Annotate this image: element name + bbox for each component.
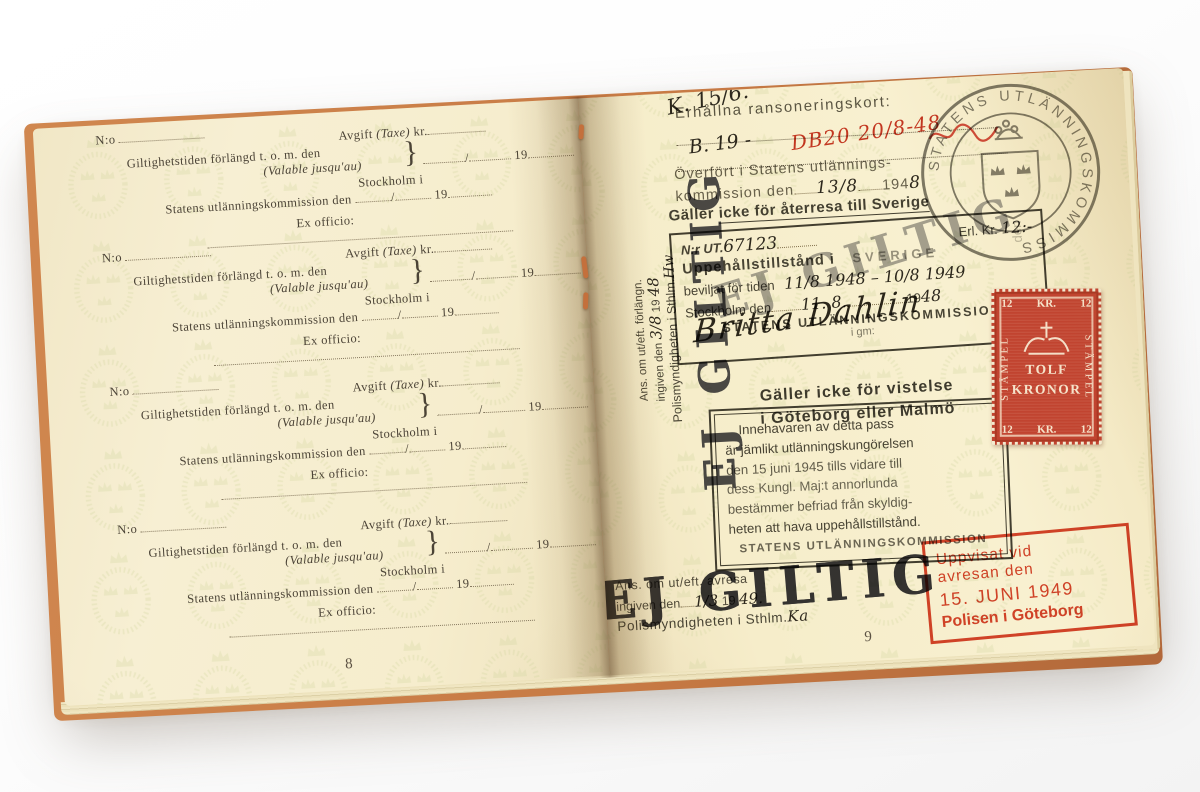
revenue-stamp-tolf-kronor: 12KR.12 STÄMPEL STÄMPEL TOLF KRONOR 12K (991, 289, 1102, 445)
stamp-uppvisat-vid-avresan: Uppvisat vid avresan den 15. JUNI 1949 P… (921, 523, 1137, 644)
page-number-8: 8 (345, 656, 353, 673)
form-no-label: N:o (102, 245, 212, 266)
form-kommission-line: Statens utlänningskommission den / 19 (187, 574, 514, 607)
form-brace: } (424, 525, 441, 560)
form-no-label: N:o (109, 379, 219, 400)
form-no-label: N:o (117, 517, 227, 538)
revenue-top-row: 12KR.12 (1001, 298, 1091, 310)
photo-background: N:o Avgift (Taxe) kr. Giltighetstiden fö… (0, 0, 1200, 792)
binding-stitch (583, 292, 589, 309)
page-number-9: 9 (864, 629, 872, 646)
form-brace: } (417, 387, 434, 422)
form-brace: } (403, 135, 420, 170)
fill-line (427, 122, 485, 135)
form-date-line: / 19 (429, 263, 580, 286)
handwriting-13-8: 13/8 (815, 176, 858, 198)
passport-book: N:o Avgift (Taxe) kr. Giltighetstiden fö… (33, 68, 1156, 706)
binding-stitch (578, 124, 584, 139)
revenue-bottom-row: 12KR.12 (1002, 424, 1092, 436)
form-kommission-line: Statens utlänningskommission den / 19 (179, 436, 506, 469)
form-no-label: N:o (95, 127, 205, 148)
form-brace: } (409, 253, 426, 288)
form-kommission-line: Statens utlänningskommission den / 19 (165, 184, 492, 217)
page-9: Erhållna ransoneringskort: K. 15/6. B. 1… (578, 68, 1155, 676)
revenue-coat-of-arms (1016, 316, 1076, 358)
handwriting-permit-year: 48 (920, 286, 942, 306)
fill-line (119, 128, 205, 143)
form-kommission-line: Statens utlänningskommission den / 19 (172, 302, 499, 335)
form-date-line: / 19 (444, 534, 595, 557)
revenue-value-text: TOLF KRONOR (995, 360, 1099, 401)
handwriting-initials-hw: Hw (661, 254, 678, 279)
form-date-line: / 19 (437, 396, 588, 419)
page-8: N:o Avgift (Taxe) kr. Giltighetstiden fö… (33, 98, 610, 706)
form-date-line: / 19 (423, 145, 574, 168)
